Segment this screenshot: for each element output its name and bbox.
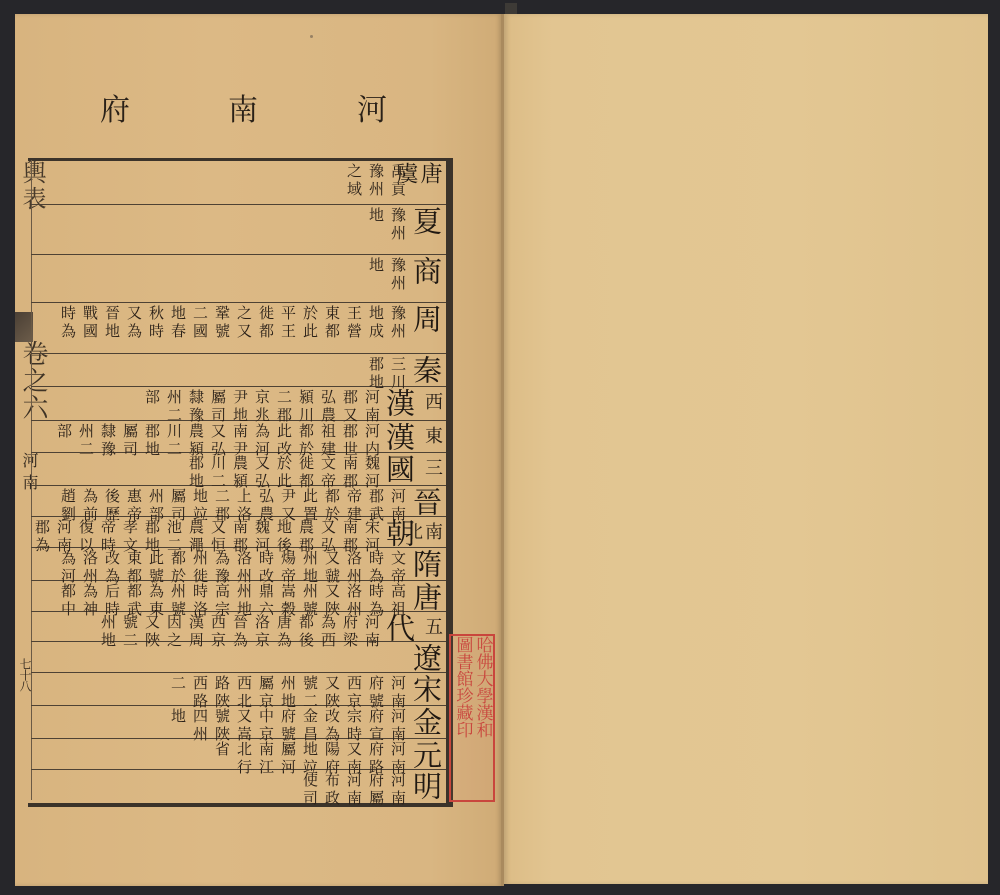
- note-column: 府屬: [362, 772, 384, 808]
- note-column: 東都: [318, 305, 340, 341]
- header-title-char-1: 河: [357, 96, 387, 126]
- note-column: 又為: [120, 305, 142, 341]
- dynasty-label: 唐: [411, 582, 441, 611]
- table-row: 元河南府路又南陽府地竝屬河南江北行省: [31, 738, 446, 770]
- seal-column-1: 哈佛大學漢和: [473, 636, 492, 800]
- note-column: 禹貢: [384, 163, 406, 199]
- table-row: 夏豫州地: [31, 204, 446, 255]
- table-row: 秦三川郡地: [31, 353, 446, 387]
- header-title-char-3: 府: [100, 96, 130, 126]
- note-column: 豫州: [384, 207, 406, 243]
- note-column: 豫州: [362, 163, 384, 199]
- note-column: 地: [362, 207, 384, 243]
- row-notes: 豫州地成王營東都於此平王徙都之又鞏號二國地春秋時又為晉地戰國時為: [54, 305, 406, 341]
- library-seal: 哈佛大學漢和 圖書館珍藏印: [449, 634, 495, 802]
- row-notes: 禹貢豫州之域: [340, 163, 406, 199]
- dynasty-label: 秦: [411, 355, 441, 384]
- dynasty-label: 朝: [384, 518, 414, 547]
- dynasty-prefix: 五: [422, 617, 442, 635]
- dynasty-label: 晉: [411, 487, 441, 516]
- dynasty-label: 明: [411, 771, 441, 800]
- dynasty-prefix: 西: [422, 392, 442, 410]
- right-page-blank: [504, 14, 988, 884]
- note-column: 之又: [230, 305, 252, 341]
- note-column: 豫州: [384, 257, 406, 293]
- table-row: 唐高祖時為洛州又陜州號嵩穀鼎六州地高宗時洛州號為東都武后時為神都中: [31, 580, 446, 612]
- table-row: 隋文帝時為洛州又虢州地煬帝時改洛州為豫州徙都於此號東都改為洛州為河: [31, 547, 446, 581]
- table-row: 商豫州地: [31, 254, 446, 303]
- dynasty-label: 周: [411, 304, 441, 333]
- book-spread: 河 南 府 輿表 卷之六 河南 七十八 唐虞禹貢豫州之域夏豫州地商豫州地周豫州地…: [0, 0, 1000, 895]
- table-row: 南北朝宋河南郡又弘農郡地後魏河南郡又恒農澠池二郡地孝文帝時復以河南郡為: [31, 516, 446, 548]
- note-column: 王營: [340, 305, 362, 341]
- note-column: 使司: [296, 772, 318, 808]
- note-column: 徙都: [252, 305, 274, 341]
- note-column: 秋時: [142, 305, 164, 341]
- note-column: 平王: [274, 305, 296, 341]
- table-row: 五代河南府梁為西都後唐為洛京晉為西京漢周因之又陜號二州地: [31, 611, 446, 642]
- note-column: 鞏號: [208, 305, 230, 341]
- table-row: 金河南府宣宗時改為金昌府號中京又嵩號陜四州地: [31, 705, 446, 739]
- table-row: 西漢河南郡又弘農潁川二郡京兆尹地屬司隸豫州二部: [31, 386, 446, 421]
- note-column: 晉地: [98, 305, 120, 341]
- dynasty-prefix: 東: [422, 426, 442, 444]
- note-column: 布政: [318, 772, 340, 808]
- row-notes: 豫州地: [362, 207, 406, 243]
- note-column: 之域: [340, 163, 362, 199]
- note-column: 地成: [362, 305, 384, 341]
- row-notes: 河南府屬河南布政使司: [296, 772, 406, 808]
- dynasty-label: 夏: [411, 206, 441, 235]
- dynasty-label: 隋: [411, 549, 441, 578]
- note-column: 時為: [54, 305, 76, 341]
- dynasty-label: 代: [384, 613, 414, 642]
- dynasty-prefix: 三: [422, 458, 442, 476]
- table-row: 東漢河内郡世祖建都於此改為河南尹又弘農潁川二郡地屬司隸豫州二部: [31, 420, 446, 453]
- table-row: 遼: [31, 641, 446, 673]
- dynasty-label: 遼: [411, 643, 441, 672]
- dynasty-label: 漢: [384, 388, 414, 417]
- table-row: 明河南府屬河南布政使司: [31, 769, 446, 799]
- dynasty-label: 宋: [411, 674, 441, 703]
- row-notes: 豫州地: [362, 257, 406, 293]
- note-column: 豫州: [384, 305, 406, 341]
- dynasty-label: 元: [411, 740, 441, 769]
- seal-column-2: 圖書館珍藏印: [453, 636, 472, 800]
- dynasty-label: 漢: [384, 422, 414, 451]
- table-row: 宋河南府號西京又陜號二州地屬京西北路陜西路二: [31, 672, 446, 706]
- note-column: 河南: [384, 772, 406, 808]
- dynasty-label: 商: [411, 256, 441, 285]
- paper-speck: [310, 35, 313, 38]
- dynasty-label: 金: [411, 707, 441, 736]
- table-row: 唐虞禹貢豫州之域: [31, 160, 446, 205]
- note-column: 地春: [164, 305, 186, 341]
- table-row: 三國魏河南郡文帝徙都於此又弘農潁川二郡地: [31, 452, 446, 486]
- note-column: 二國: [186, 305, 208, 341]
- note-column: 河南: [340, 772, 362, 808]
- dynasty-label: 國: [384, 454, 414, 483]
- header-title-char-2: 南: [228, 96, 258, 126]
- table-row: 周豫州地成王營東都於此平王徙都之又鞏號二國地春秋時又為晉地戰國時為: [31, 302, 446, 354]
- note-column: 戰國: [76, 305, 98, 341]
- note-column: 地: [362, 257, 384, 293]
- table-row: 晉河南郡武帝建都於此置尹又弘農上洛二郡地竝屬司州部惠帝後歷為前趙劉: [31, 485, 446, 517]
- note-column: 於此: [296, 305, 318, 341]
